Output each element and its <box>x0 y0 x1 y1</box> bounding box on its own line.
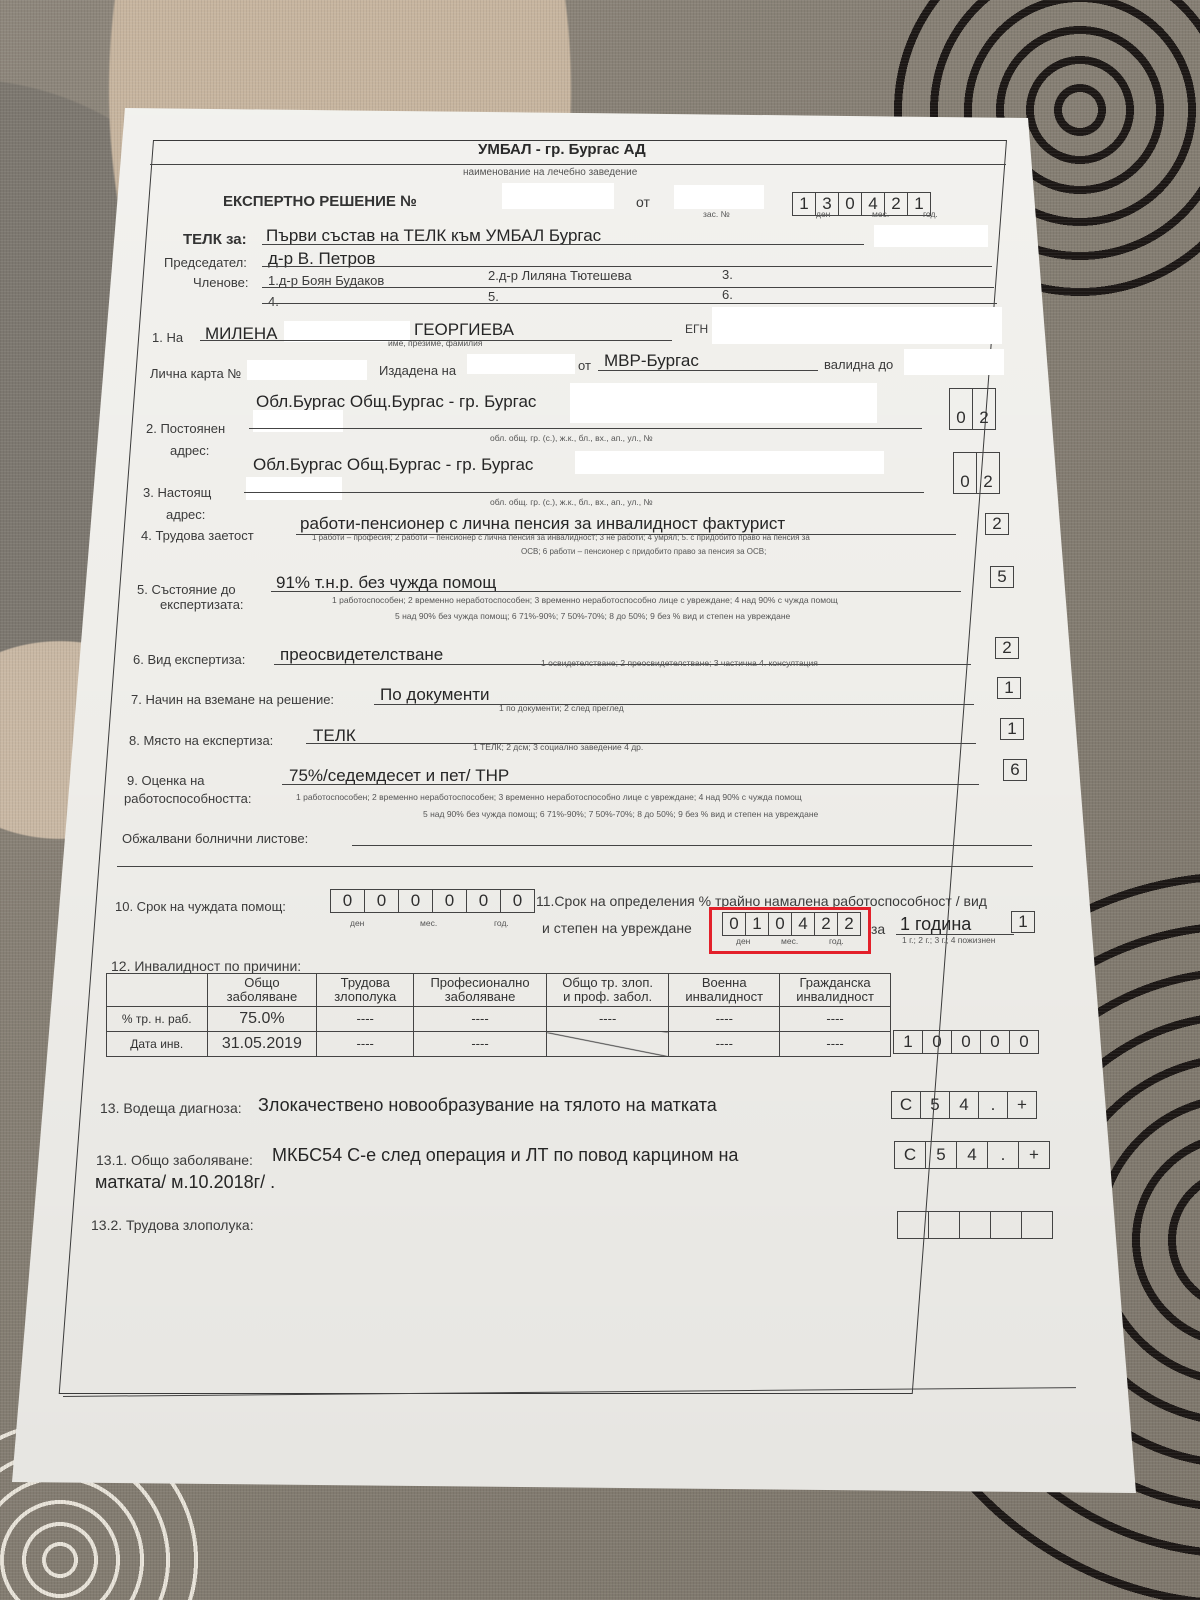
prior-state-value: 91% т.н.р. без чужда помощ <box>276 573 496 593</box>
permanent-address-code: 02 <box>949 388 996 430</box>
general-disease: МКБС54 С-е след операция и ЛТ по повод к… <box>272 1145 738 1166</box>
work-accident-code <box>897 1211 1053 1239</box>
employment-code: 2 <box>985 513 1009 535</box>
table-row: % тр. н. раб. 75.0% ---- ---- ---- ---- … <box>107 1007 891 1032</box>
redacted-session-number <box>674 185 764 209</box>
divider <box>117 866 1033 867</box>
col-general: Общозаболяване <box>207 974 317 1007</box>
decision-method-code: 1 <box>997 677 1021 699</box>
assessment-code: 6 <box>1003 759 1027 781</box>
redacted-id-card <box>247 360 367 380</box>
validity-term-boxes: 010422 <box>722 912 861 936</box>
telk-value: Първи състав на ТЕЛК към УМБАЛ Бургас <box>266 226 601 246</box>
disability-table: Общозаболяване Трудовазлополука Професио… <box>106 973 891 1057</box>
assistance-term-boxes: 000000 <box>330 889 535 913</box>
assessment-value: 75%/седемдесет и пет/ ТНР <box>289 766 509 786</box>
redacted-egn <box>712 307 1002 344</box>
employment-value: работи-пенсионер с лична пенсия за инвал… <box>300 514 785 534</box>
prior-state-code: 5 <box>990 566 1014 588</box>
current-address-code: 02 <box>953 452 1000 494</box>
decision-date-boxes: 130421 <box>792 192 931 216</box>
leading-diagnosis: Злокачествено новообразувание на тялото … <box>258 1095 717 1116</box>
validity-period-code: 1 <box>1011 911 1035 933</box>
redacted-issue-date <box>467 354 575 374</box>
disability-code-boxes: 10000 <box>893 1030 1039 1054</box>
first-name: МИЛЕНА <box>205 324 278 344</box>
redacted-valid-until <box>904 349 1004 375</box>
general-disease-code: C54.+ <box>894 1141 1050 1169</box>
last-name: ГЕОРГИЕВА <box>414 320 514 340</box>
current-address: Обл.Бургас Общ.Бургас - гр. Бургас <box>253 455 533 475</box>
issued-by: МВР-Бургас <box>604 351 699 371</box>
institution-caption: наименование на лечебно заведение <box>463 167 637 178</box>
redacted-telk-field <box>874 225 988 247</box>
leading-diagnosis-code: C54.+ <box>891 1091 1037 1119</box>
general-disease-cont: матката/ м.10.2018г/ . <box>95 1172 275 1193</box>
decision-title: ЕКСПЕРТНО РЕШЕНИЕ № <box>223 193 417 210</box>
expertise-type-value: преосвидетелстване <box>280 645 443 665</box>
expertise-type-code: 2 <box>995 637 1019 659</box>
validity-period: 1 година <box>900 914 971 935</box>
place-code: 1 <box>1000 718 1024 740</box>
table-row: Дата инв. 31.05.2019 ---- ---- ---- ---- <box>107 1032 891 1057</box>
decision-method-value: По документи <box>380 685 490 705</box>
redacted-decision-number <box>502 183 614 209</box>
permanent-address: Обл.Бургас Общ.Бургас - гр. Бургас <box>256 392 536 412</box>
institution-name: УМБАЛ - гр. Бургас АД <box>478 141 646 158</box>
